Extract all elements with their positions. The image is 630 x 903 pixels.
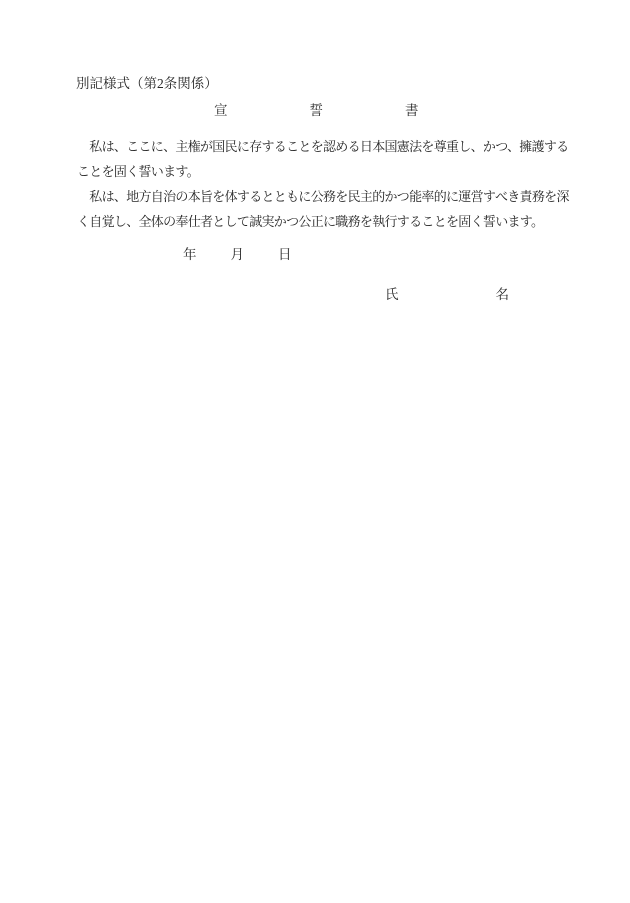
name-label-shi: 氏 — [385, 287, 399, 302]
title-char-sho: 書 — [405, 103, 419, 119]
document-title: 宣 誓 書 — [214, 103, 419, 119]
title-char-sen: 宣 — [214, 103, 228, 119]
day-label: 日 — [278, 247, 292, 262]
paragraph-2-line-2: く自覚し、全体の奉仕者として誠実かつ公正に職務を執行することを固く誓います。 — [77, 214, 543, 229]
name-line: 氏 名 — [385, 287, 509, 302]
date-line: 年 月 日 — [183, 247, 292, 262]
name-label-mei: 名 — [496, 287, 510, 302]
title-char-sei: 誓 — [310, 103, 324, 119]
form-style-label: 別記様式（第2条関係） — [76, 76, 218, 91]
year-label: 年 — [183, 247, 197, 262]
month-label: 月 — [231, 247, 245, 262]
paragraph-2-line-1: 私は、地方自治の本旨を体するとともに公務を民主的かつ能率的に運営すべき責務を深 — [77, 189, 569, 204]
oath-document-page: 別記様式（第2条関係） 宣 誓 書 私は、ここに、主権が国民に存することを認める… — [0, 0, 630, 903]
paragraph-1-line-1: 私は、ここに、主権が国民に存することを認める日本国憲法を尊重し、かつ、擁護する — [77, 139, 568, 154]
paragraph-1-line-2: ことを固く誓います。 — [77, 164, 199, 179]
